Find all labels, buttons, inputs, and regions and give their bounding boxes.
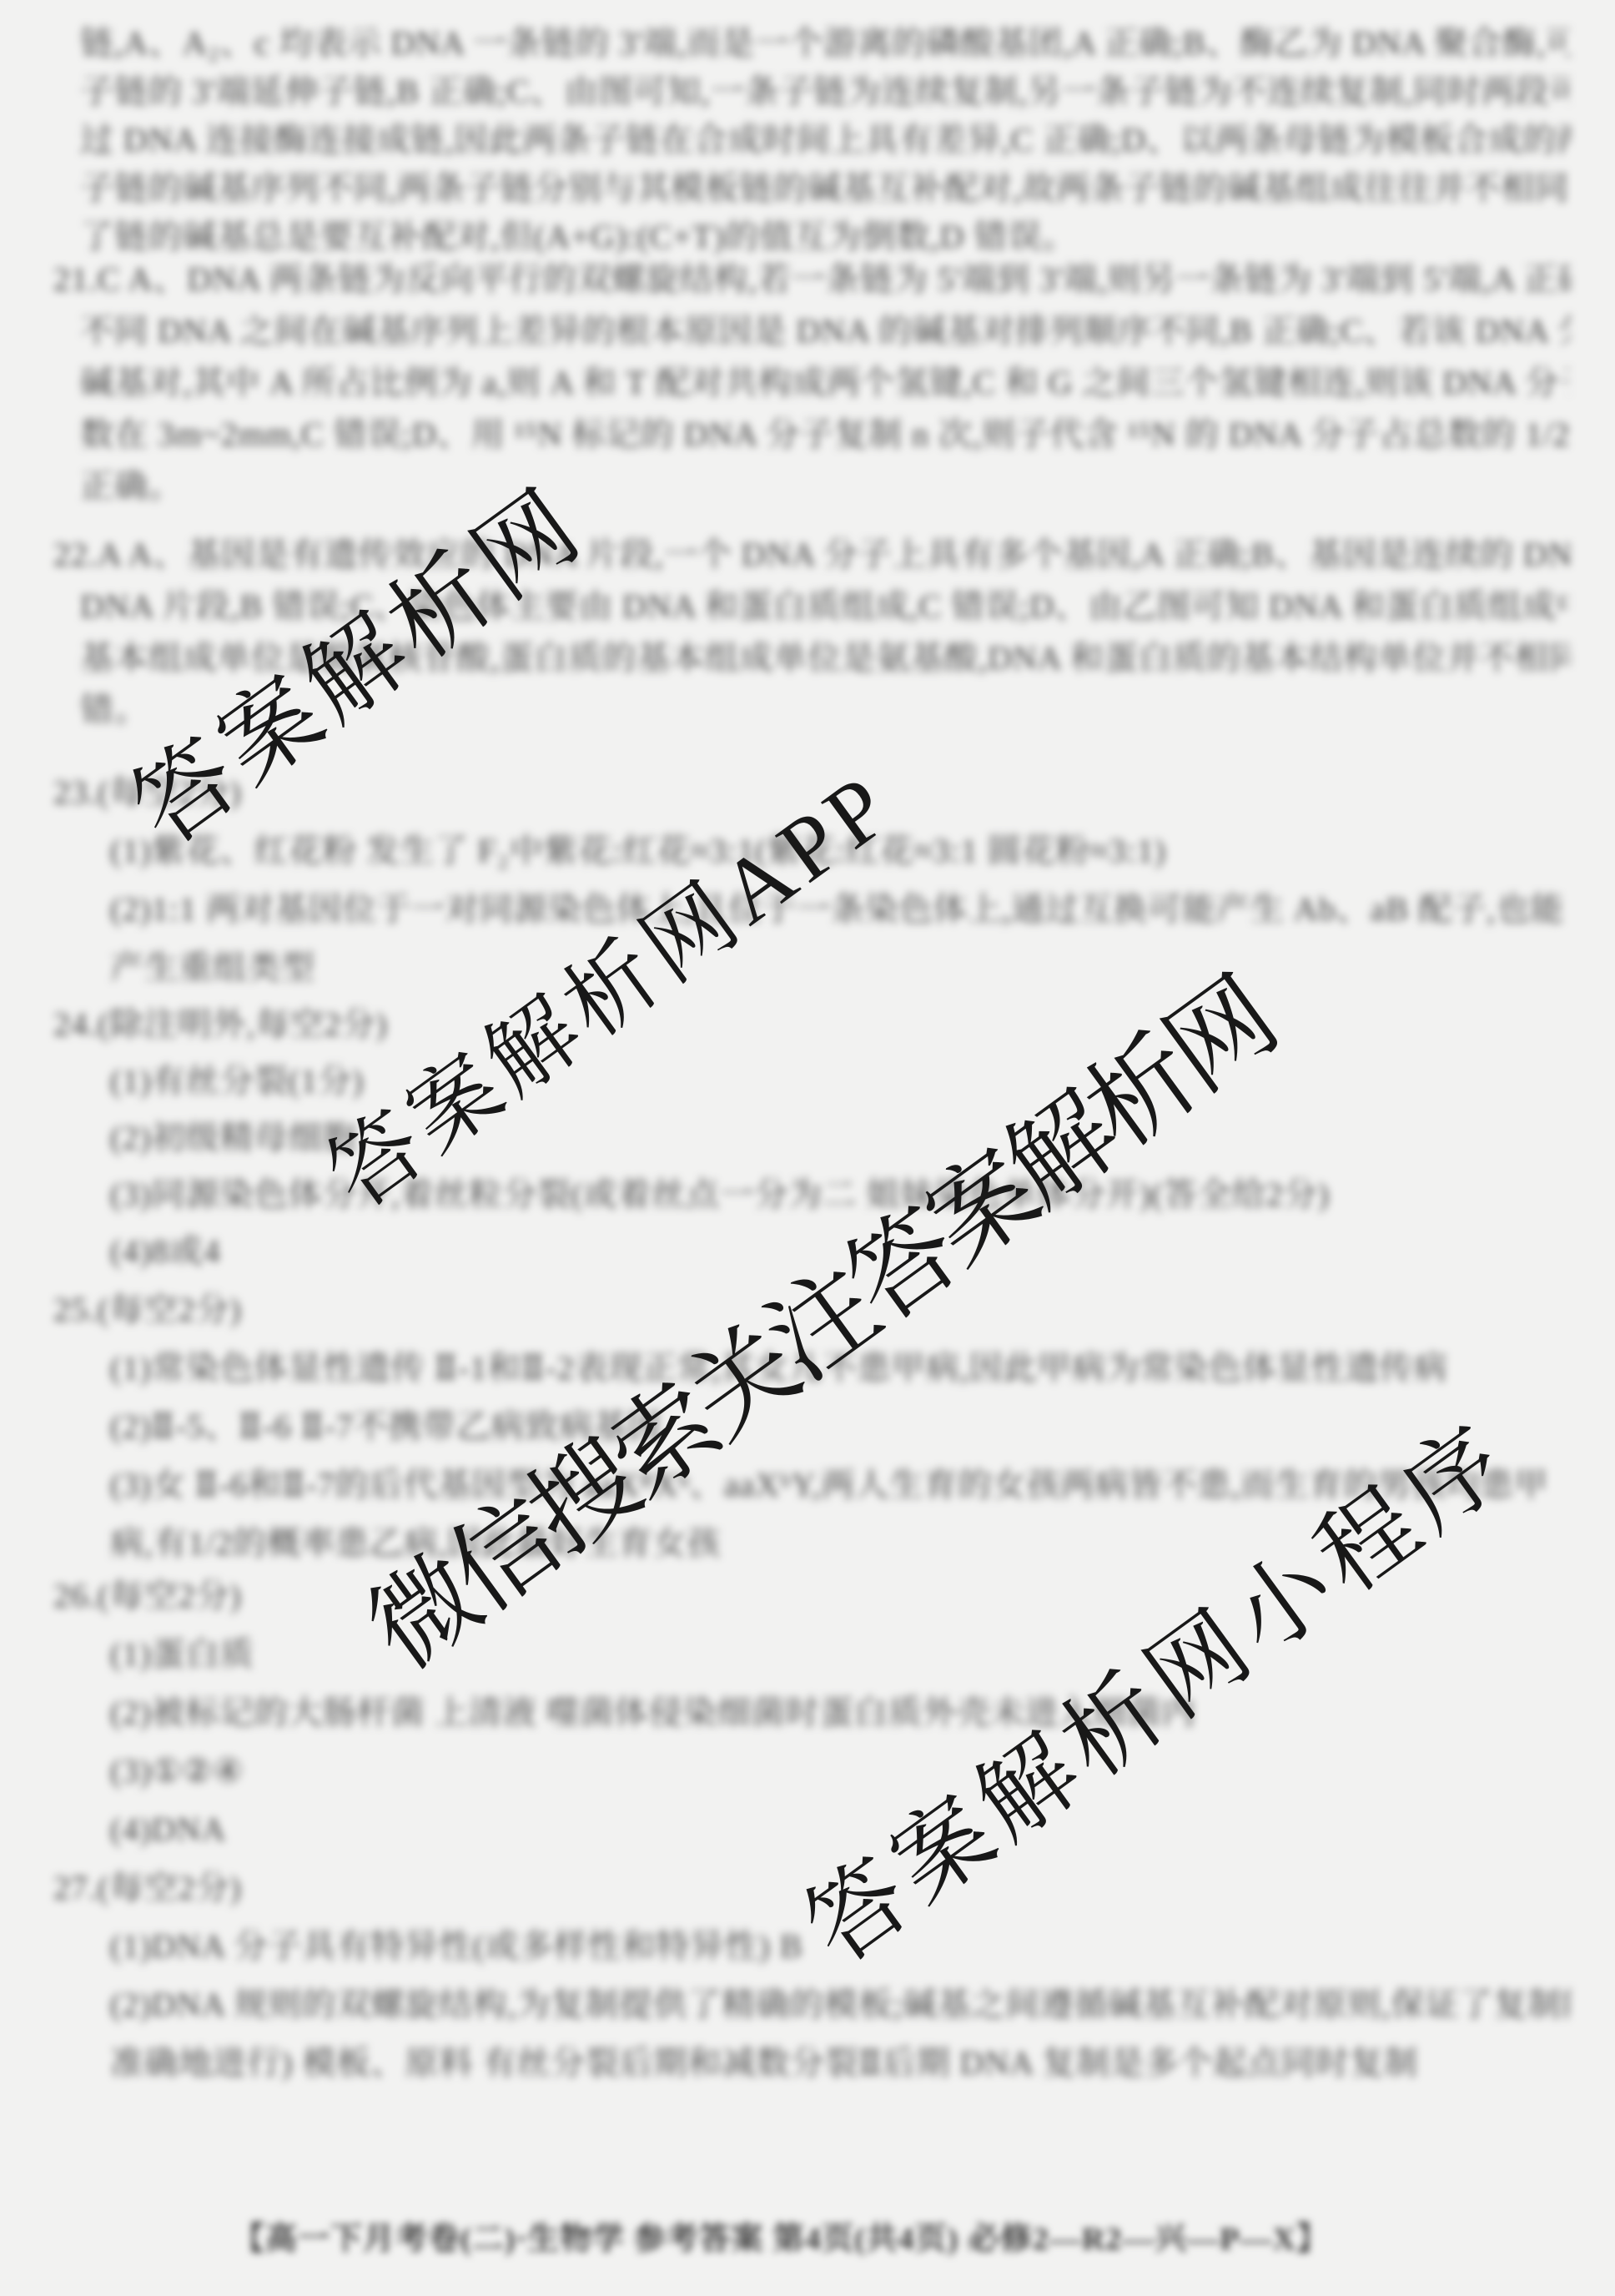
text-line: (2)Ⅱ-5、Ⅱ-6 Ⅱ-7不携带乙病致病基因: [110, 1410, 662, 1443]
text-line: (1)常染色体显性遗传 Ⅱ-1和Ⅱ-2表现正常,其女儿不患甲病,因此甲病为常染色…: [110, 1352, 1448, 1385]
text-line: 病,有1/2的概率患乙病,因此最好生育女孩: [110, 1527, 721, 1560]
text-line: 正确。: [80, 470, 183, 503]
text-line: 25.(每空2分): [53, 1293, 242, 1327]
text-line: 碱基对,其中 A 所占比例为 a,则 A 和 T 配对共构成两个氢键,C 和 G…: [80, 366, 1570, 400]
text-line: 23.(每空2分): [53, 776, 242, 809]
text-line: (1)有丝分裂(1分): [110, 1065, 364, 1098]
text-line: 链,A、A₂、c 均表示 DNA 一条链的 3'端,而是一个游离的磷酸基团,A …: [80, 27, 1570, 60]
text-line: (2)DNA 规则的双螺旋结构,为复制提供了精确的模板;碱基之间遵循碱基互补配对…: [110, 1988, 1570, 2022]
text-line: (1)紫花、红花粉 发生了 F₂中紫花:红花≈3:1(紫花:红花≈3:1 圆花粉…: [110, 834, 1166, 868]
text-line: 了链的碱基总是要互补配对,但(A+G):(C+T)的值互为倒数,D 错误。: [80, 220, 1076, 254]
text-line: 22.A A、基因是有遗传效应的 DNA 片段,一个 DNA 分子上具有多个基因…: [53, 538, 1570, 571]
text-line: 过 DNA 连接酶连接成链,因此两条子链在合成时间上具有差异,C 正确;D、以两…: [80, 123, 1570, 157]
text-line: (1)DNA 分子具有特异性(或多样性和特异性) B: [110, 1930, 802, 1963]
text-line: 子链的碱基序列不同,两条子链分别与其模板链的碱基互补配对,故两条子链的碱基组成往…: [80, 172, 1570, 205]
text-line: DNA 片段,B 错误;C、染色体主要由 DNA 和蛋白质组成,C 错误;D、由…: [80, 590, 1570, 623]
text-line: 21.C A、DNA 两条链为反向平行的双螺旋结构,若一条链为 5'端到 3'端…: [53, 263, 1570, 296]
text-line: (3)①②④: [110, 1755, 244, 1788]
page-footer: 【高一下月考卷(二)·生物学 参考答案 第4页(共4页) 必修2—R2—兴—P—…: [0, 2213, 1562, 2258]
text-line: 错。: [80, 693, 148, 727]
text-line: (3)女 Ⅱ-6和Ⅱ-7的后代基因型为 aaXᴮXᵇ、aaXᵇY,两人生育的女孩…: [110, 1468, 1548, 1502]
text-line: 基本组成单位是脱氧核苷酸,蛋白质的基本组成单位是氨基酸,DNA 和蛋白质的基本结…: [80, 642, 1570, 675]
text-line: (4)8或4: [110, 1235, 221, 1268]
text-line: (3)同源染色体分开,着丝粒分裂(或着丝点一分为二 姐妹染色单体分开)(答全给2…: [110, 1178, 1330, 1211]
blurred-text-layer: 链,A、A₂、c 均表示 DNA 一条链的 3'端,而是一个游离的磷酸基团,A …: [0, 0, 1570, 2296]
text-line: 数在 3m~2mm,C 错误;D、用 ¹⁵N 标记的 DNA 分子复制 n 次,…: [80, 418, 1570, 451]
text-line: (2)初级精母细胞: [110, 1121, 357, 1155]
text-line: 准确地进行) 模板、原料 有丝分裂后期和减数分裂Ⅱ后期 DNA 复制是多个起点同…: [110, 2047, 1418, 2080]
text-line: 27.(每空2分): [53, 1871, 242, 1905]
text-line: (2)被标记的大肠杆菌 上清液 噬菌体侵染细菌时蛋白质外壳未进入细菌内: [110, 1696, 1196, 1730]
text-line: 不同 DNA 之间在碱基序列上差异的根本原因是 DNA 的碱基对排列顺序不同,B…: [80, 315, 1570, 348]
text-line: 26.(每空2分): [53, 1579, 242, 1613]
text-line: 子链的 3'端延伸子链,B 正确;C、由图可知,一条子链为连续复制,另一条子链为…: [80, 75, 1570, 108]
text-line: 24.(除注明外,每空2分): [53, 1008, 388, 1041]
text-line: 产生重组类型: [110, 951, 315, 984]
text-line: (1)蛋白质: [110, 1638, 254, 1671]
text-line: (2)1:1 两对基因位于一对同源染色体上,且位于一条染色体上,通过互换可能产生…: [110, 893, 1564, 926]
text-line: (4)DNA: [110, 1813, 226, 1846]
scanned-answer-page: 链,A、A₂、c 均表示 DNA 一条链的 3'端,而是一个游离的磷酸基团,A …: [0, 0, 1615, 2296]
